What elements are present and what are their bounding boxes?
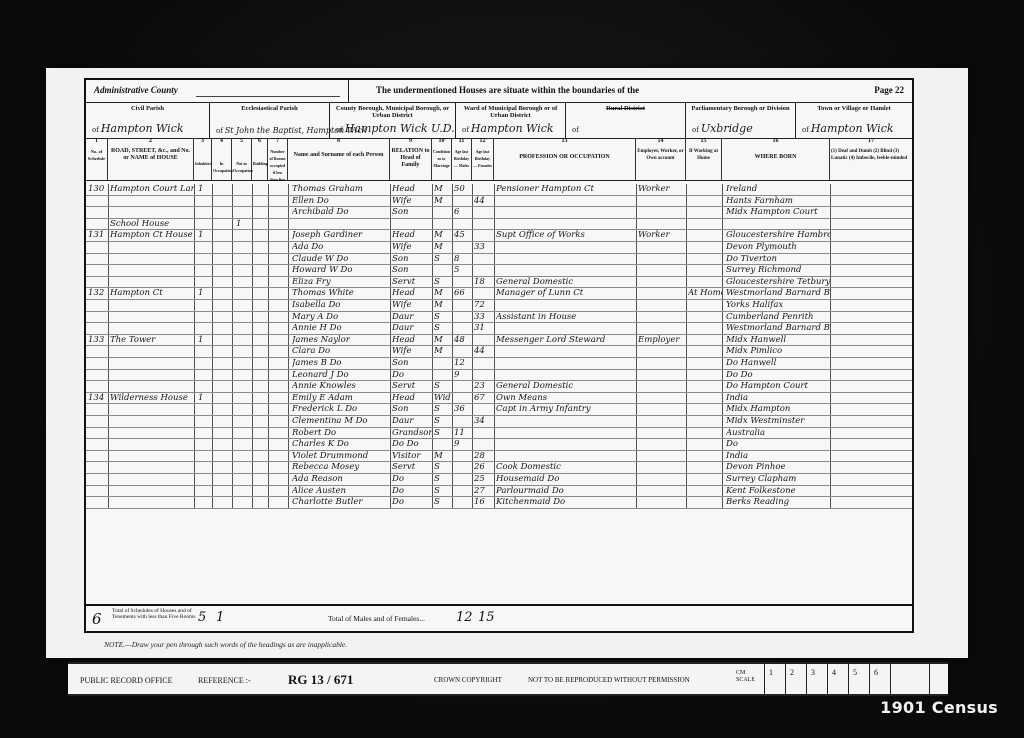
cell-born: Gloucestershire Tetbury: [726, 277, 830, 288]
column-rule: [108, 404, 109, 415]
column-rule: [472, 451, 473, 462]
column-rule: [108, 184, 109, 195]
cell-f-age: 31: [474, 323, 494, 334]
column-rule: [432, 486, 433, 497]
column-rule: [830, 196, 831, 207]
column-rule: [686, 404, 687, 415]
column-rule: [452, 497, 453, 508]
column-rule: [432, 335, 433, 346]
cell-rel: Head: [392, 184, 432, 195]
table-row: Howard W DoSon5Surrey Richmond: [86, 265, 912, 277]
area-ward: Ward of Municipal Borough or of Urban Di…: [456, 102, 566, 138]
column-rule: [212, 184, 213, 195]
cell-rel: Son: [392, 254, 432, 265]
cell-rel: Head: [392, 288, 432, 299]
column-rule: [452, 393, 453, 404]
cell-born: Do Do: [726, 370, 830, 381]
cell-name: Thomas White: [292, 288, 388, 299]
cell-cond: M: [434, 196, 452, 207]
column-rule: [472, 196, 473, 207]
column-rule: [722, 335, 723, 346]
cell-born: India: [726, 451, 830, 462]
column-rule: [830, 381, 831, 392]
cell-name: Emily E Adam: [292, 393, 388, 404]
column-rule: [212, 381, 213, 392]
column-rule: [722, 439, 723, 450]
column-rule: [830, 462, 831, 473]
cell-f-age: 72: [474, 300, 494, 311]
cell-rel: Servt: [392, 381, 432, 392]
column-rule: [390, 416, 391, 427]
column-rule: [472, 393, 473, 404]
cell-name: Leonard J Do: [292, 370, 388, 381]
cell-rel: Do: [392, 497, 432, 508]
column-rule: [252, 370, 253, 381]
column-rule: [212, 428, 213, 439]
column-rule: [722, 265, 723, 276]
column-rule: [194, 265, 195, 276]
column-rule: [636, 428, 637, 439]
table-row: Charlotte ButlerDoS16Kitchenmaid DoBerks…: [86, 497, 912, 509]
col-11: 11Age last Birthday — Males: [452, 138, 472, 180]
column-rule: [194, 288, 195, 299]
cell-born: Surrey Clapham: [726, 474, 830, 485]
column-rule: [686, 439, 687, 450]
cell-cond: M: [434, 335, 452, 346]
cell-cond: S: [434, 486, 452, 497]
column-rule: [452, 462, 453, 473]
col-10: 10Condition as to Marriage: [432, 138, 452, 180]
cell-f-age: 44: [474, 196, 494, 207]
column-rule: [268, 300, 269, 311]
column-rule: [268, 346, 269, 357]
cell-cond: M: [434, 346, 452, 357]
column-rule: [252, 207, 253, 218]
column-rule: [268, 277, 269, 288]
col-15: 15If Working at Home: [686, 138, 722, 180]
column-rule: [722, 358, 723, 369]
cell-rel: Wife: [392, 196, 432, 207]
column-rule: [212, 358, 213, 369]
column-rule: [232, 486, 233, 497]
cell-name: Joseph Gardiner: [292, 230, 388, 241]
scale-mark-end: [890, 664, 930, 694]
cell-name: Annie H Do: [292, 323, 388, 334]
column-rule: [722, 254, 723, 265]
cell-rel: Son: [392, 265, 432, 276]
form-title: The undermentioned Houses are situate wi…: [376, 85, 639, 95]
column-rule: [494, 416, 495, 427]
cell-sched: 133: [88, 335, 106, 346]
column-rule: [636, 277, 637, 288]
cell-inh: 1: [198, 230, 210, 241]
cell-emp: Worker: [638, 184, 686, 195]
area-label: Parliamentary Borough or Division: [686, 105, 795, 112]
cell-cond: M: [434, 184, 452, 195]
cell-inh: 1: [198, 184, 210, 195]
column-rule: [636, 312, 637, 323]
column-rule: [194, 335, 195, 346]
administrative-county-box: Administrative County: [86, 80, 349, 102]
column-rule: [494, 451, 495, 462]
column-rule: [494, 288, 495, 299]
column-rule: [108, 207, 109, 218]
column-rule: [288, 381, 289, 392]
image-caption: 1901 Census: [880, 698, 998, 717]
column-rule: [212, 404, 213, 415]
column-rule: [830, 265, 831, 276]
area-value: ofHampton Wick: [802, 122, 894, 135]
column-rule: [494, 207, 495, 218]
column-rule: [722, 230, 723, 241]
area-label: Ward of Municipal Borough or of Urban Di…: [456, 105, 565, 119]
cell-rel: Head: [392, 335, 432, 346]
census-rows: 130Hampton Court Lane1Thomas GrahamHeadM…: [86, 180, 912, 610]
column-rule: [390, 207, 391, 218]
column-rule: [194, 300, 195, 311]
column-rule: [452, 265, 453, 276]
column-rule: [232, 242, 233, 253]
cell-occ: Supt Office of Works: [496, 230, 634, 241]
cell-sched: 132: [88, 288, 106, 299]
cell-home: At Home: [688, 288, 722, 299]
table-row: Ada ReasonDoS25Housemaid DoSurrey Clapha…: [86, 474, 912, 486]
column-rule: [494, 184, 495, 195]
column-rule: [268, 288, 269, 299]
column-rule: [194, 323, 195, 334]
column-rule: [722, 462, 723, 473]
column-rule: [830, 439, 831, 450]
cell-rel: Daur: [392, 416, 432, 427]
column-rule: [830, 207, 831, 218]
column-rule: [494, 462, 495, 473]
col-13: 13PROFESSION OR OCCUPATION: [494, 138, 636, 180]
column-rule: [494, 358, 495, 369]
column-rule: [494, 428, 495, 439]
column-rule: [636, 207, 637, 218]
column-rule: [722, 451, 723, 462]
cell-born: Kent Folkestone: [726, 486, 830, 497]
column-rule: [288, 288, 289, 299]
table-row: Rebecca MoseyServtS26Cook DomesticDevon …: [86, 462, 912, 474]
column-rule: [108, 242, 109, 253]
column-rule: [494, 497, 495, 508]
column-rule: [288, 300, 289, 311]
column-rule: [432, 393, 433, 404]
cell-f-age: 23: [474, 381, 494, 392]
cell-m-age: 36: [454, 404, 472, 415]
column-rule: [194, 404, 195, 415]
cell-m-age: 8: [454, 254, 472, 265]
cell-sched: 130: [88, 184, 106, 195]
table-row: Clara DoWifeM44Midx Pimlico: [86, 346, 912, 358]
column-rule: [268, 184, 269, 195]
area-value: of: [572, 122, 581, 135]
column-rule: [390, 265, 391, 276]
column-rule: [472, 416, 473, 427]
column-rule: [232, 370, 233, 381]
column-rule: [194, 277, 195, 288]
column-rule: [472, 370, 473, 381]
column-rule: [452, 428, 453, 439]
column-rule: [212, 439, 213, 450]
column-rule: [288, 428, 289, 439]
cell-m-age: 6: [454, 207, 472, 218]
column-rule: [494, 370, 495, 381]
column-rule: [194, 451, 195, 462]
col-3: 3Inhabited: [194, 138, 212, 180]
cell-name: Robert Do: [292, 428, 388, 439]
column-rule: [432, 428, 433, 439]
column-rule: [452, 277, 453, 288]
cell-name: Frederick L Do: [292, 404, 388, 415]
cell-f-age: 27: [474, 486, 494, 497]
column-rule: [390, 370, 391, 381]
cell-name: James B Do: [292, 358, 388, 369]
column-rule: [288, 462, 289, 473]
column-rule: [830, 370, 831, 381]
column-rule: [830, 393, 831, 404]
column-rule: [472, 230, 473, 241]
cell-rel: Servt: [392, 277, 432, 288]
cell-address: Hampton Court Lane: [110, 184, 194, 195]
cell-cond: M: [434, 230, 452, 241]
column-rule: [636, 242, 637, 253]
column-rule: [108, 254, 109, 265]
column-rule: [686, 474, 687, 485]
cell-name: Ada Do: [292, 242, 388, 253]
column-rule: [232, 416, 233, 427]
column-rule: [722, 404, 723, 415]
column-rule: [232, 265, 233, 276]
cell-rel: Son: [392, 404, 432, 415]
column-rule: [636, 370, 637, 381]
column-rule: [194, 381, 195, 392]
column-rule: [252, 486, 253, 497]
col-1: 1No. of Schedule: [86, 138, 108, 180]
column-rule: [830, 358, 831, 369]
column-rule: [108, 230, 109, 241]
cell-name: Charles K Do: [292, 439, 388, 450]
uninhabited-total: 1: [216, 610, 224, 625]
table-row: School House1: [86, 219, 912, 231]
column-rule: [390, 230, 391, 241]
column-rule: [194, 462, 195, 473]
column-rule: [252, 358, 253, 369]
column-rule: [194, 486, 195, 497]
column-rule: [268, 312, 269, 323]
cell-rel: Wife: [392, 346, 432, 357]
area-ecclesiastical-parish: Ecclesiastical Parish ofSt John the Bapt…: [210, 102, 330, 138]
column-rule: [432, 323, 433, 334]
area-label: Civil Parish: [86, 105, 209, 112]
cell-inh: 1: [198, 393, 210, 404]
column-rule: [108, 462, 109, 473]
column-rule: [472, 358, 473, 369]
column-rule: [390, 393, 391, 404]
column-rule: [288, 219, 289, 230]
column-rule: [252, 196, 253, 207]
column-rule: [252, 219, 253, 230]
column-rule: [432, 439, 433, 450]
column-rule: [288, 451, 289, 462]
column-rule: [452, 439, 453, 450]
table-row: Claude W DoSonS8Do Tiverton: [86, 254, 912, 266]
table-row: 131Hampton Ct House1Joseph GardinerHeadM…: [86, 230, 912, 242]
cell-address: Wilderness House: [110, 393, 194, 404]
column-rule: [494, 277, 495, 288]
column-rule: [108, 196, 109, 207]
column-rule: [390, 288, 391, 299]
column-rule: [252, 497, 253, 508]
column-rule: [722, 207, 723, 218]
column-rule: [194, 428, 195, 439]
table-row: 133The Tower1James NaylorHeadM48Messenge…: [86, 335, 912, 347]
column-rule: [390, 381, 391, 392]
column-rule: [194, 312, 195, 323]
schedules-label: Total of Schedules of Houses and of Tene…: [112, 608, 212, 620]
column-rule: [268, 439, 269, 450]
cell-f-age: 16: [474, 497, 494, 508]
cell-rel: Do: [392, 486, 432, 497]
column-rule: [212, 323, 213, 334]
cell-cond: S: [434, 404, 452, 415]
cell-occ: Assistant in House: [496, 312, 634, 323]
column-rule: [472, 404, 473, 415]
cell-rel: Wife: [392, 242, 432, 253]
column-rule: [194, 242, 195, 253]
cell-rel: Servt: [392, 462, 432, 473]
column-rule: [194, 358, 195, 369]
cell-f-age: 25: [474, 474, 494, 485]
column-rule: [212, 207, 213, 218]
cell-name: Mary A Do: [292, 312, 388, 323]
column-rule: [390, 254, 391, 265]
column-rule: [636, 358, 637, 369]
cell-address: School House: [110, 219, 194, 230]
column-rule: [232, 439, 233, 450]
column-rule: [686, 219, 687, 230]
column-rule: [452, 184, 453, 195]
column-rule: [232, 474, 233, 485]
column-rule: [212, 451, 213, 462]
column-rule: [232, 381, 233, 392]
column-rule: [288, 242, 289, 253]
cell-cond: S: [434, 277, 452, 288]
cell-name: Ellen Do: [292, 196, 388, 207]
column-rule: [722, 277, 723, 288]
column-rule: [108, 486, 109, 497]
column-rule: [472, 462, 473, 473]
cell-m-age: 9: [454, 370, 472, 381]
column-rule: [252, 381, 253, 392]
column-rule: [636, 323, 637, 334]
column-rule: [636, 219, 637, 230]
column-rule: [390, 451, 391, 462]
column-rule: [268, 404, 269, 415]
cell-f-age: 67: [474, 393, 494, 404]
column-rule: [268, 381, 269, 392]
cell-emp: Employer: [638, 335, 686, 346]
column-rule: [494, 196, 495, 207]
col-2: 2ROAD, STREET, &c., and No. or NAME of H…: [108, 138, 194, 180]
column-rule: [108, 346, 109, 357]
table-row: Ellen DoWifeM44Hants Farnham: [86, 196, 912, 208]
column-rule: [194, 219, 195, 230]
column-rule: [452, 300, 453, 311]
column-rule: [212, 288, 213, 299]
col-17: 17(1) Deaf and Dumb (2) Blind (3) Lunati…: [830, 138, 912, 180]
column-rule: [108, 277, 109, 288]
column-rule: [722, 370, 723, 381]
column-rule: [452, 230, 453, 241]
cell-name: Thomas Graham: [292, 184, 388, 195]
column-rule: [432, 346, 433, 357]
cell-name: Alice Austen: [292, 486, 388, 497]
column-rule: [108, 335, 109, 346]
admin-county-label: Administrative County: [94, 85, 178, 95]
area-label: Town or Village or Hamlet: [796, 105, 912, 112]
column-rule: [390, 497, 391, 508]
column-rule: [232, 346, 233, 357]
table-row: Alice AustenDoS27Parlourmaid DoKent Folk…: [86, 486, 912, 498]
column-rule: [194, 207, 195, 218]
column-rule: [288, 404, 289, 415]
cell-occ: Pensioner Hampton Ct: [496, 184, 634, 195]
col-8: 8Name and Surname of each Person: [288, 138, 390, 180]
column-rule: [472, 474, 473, 485]
cell-born: Midx Hampton: [726, 404, 830, 415]
column-rule: [232, 393, 233, 404]
column-rule: [268, 254, 269, 265]
column-rule: [636, 462, 637, 473]
scale-mark: 5: [848, 664, 869, 694]
column-rule: [472, 497, 473, 508]
column-rule: [494, 404, 495, 415]
cell-name: Clementina M Do: [292, 416, 388, 427]
column-rule: [232, 277, 233, 288]
column-rule: [232, 254, 233, 265]
cell-name: Annie Knowles: [292, 381, 388, 392]
cell-occ: General Domestic: [496, 381, 634, 392]
column-rule: [432, 451, 433, 462]
cell-cond: S: [434, 416, 452, 427]
column-rule: [432, 230, 433, 241]
column-rule: [212, 497, 213, 508]
column-rule: [212, 300, 213, 311]
column-rule: [232, 288, 233, 299]
column-rule: [686, 265, 687, 276]
column-rule: [722, 346, 723, 357]
column-rule: [686, 393, 687, 404]
column-rule: [830, 219, 831, 230]
column-rule: [232, 462, 233, 473]
column-rule: [636, 451, 637, 462]
cell-occ: Manager of Lunn Ct: [496, 288, 634, 299]
cell-m-age: 66: [454, 288, 472, 299]
column-rule: [268, 242, 269, 253]
column-rule: [636, 439, 637, 450]
column-rule: [686, 358, 687, 369]
column-rule: [252, 474, 253, 485]
cell-cond: S: [434, 497, 452, 508]
table-row: 132Hampton Ct1Thomas WhiteHeadM66Manager…: [86, 288, 912, 300]
cell-occ: Cook Domestic: [496, 462, 634, 473]
column-rule: [108, 416, 109, 427]
column-rule: [232, 404, 233, 415]
column-rule: [686, 230, 687, 241]
column-rule: [472, 323, 473, 334]
